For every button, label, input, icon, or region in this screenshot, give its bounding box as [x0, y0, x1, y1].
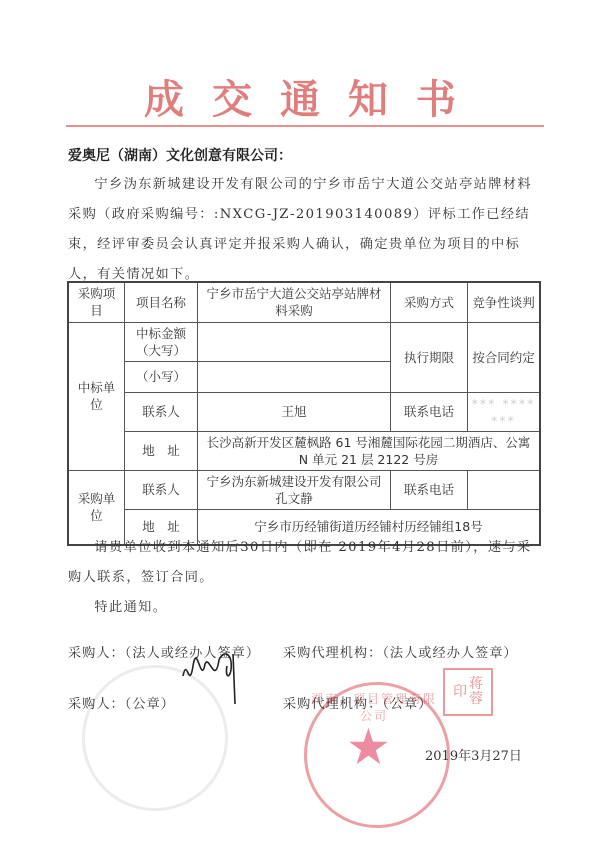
winner-address-value: 长沙高新开发区麓枫路 61 号湘麓国际花园二期酒店、公寓 N 单元 21 层 2… [198, 431, 541, 470]
document-title: 成交通知书 [0, 68, 600, 125]
table-row-winner-contact: 联系人 王旭 联系电话 *** **** *** [68, 392, 540, 431]
award-info-table: 采购项目 项目名称 宁乡市岳宁大道公交站亭站牌材料采购 采购方式 竞争性谈判 中… [67, 281, 541, 546]
issue-date: 2019年3月27日 [425, 745, 522, 764]
closing-section: 请贵单位收到本通知后30日内（即在 2019年4月28日前），速与采购人联系，签… [68, 533, 538, 623]
buyer-contact-value: 宁乡沩东新城建设开发有限公司 孔文静 [198, 470, 391, 509]
body-paragraph: 宁乡沩东新城建设开发有限公司的宁乡市岳宁大道公交站亭站牌材料采购（政府采购编号：… [68, 170, 538, 290]
contract-deadline-text: 请贵单位收到本通知后30日内（即在 2019年4月28日前），速与采购人联系，签… [68, 533, 538, 593]
winner-address-label: 地 址 [125, 431, 198, 470]
personal-name-seal: 印 蒋 蓉 [443, 668, 493, 716]
amount-lower-value [198, 361, 391, 392]
buyer-phone-value [468, 470, 541, 509]
seal-char-jiang: 蒋 [469, 677, 483, 692]
method-label: 采购方式 [391, 282, 468, 322]
period-value: 按合同约定 [468, 322, 541, 392]
table-row-amount-upper: 中标单位 中标金额（大写） 执行期限 按合同约定 [68, 322, 540, 361]
handwritten-signature-icon [175, 646, 245, 706]
recipient-line: 爱奥尼（湖南）文化创意有限公司： [68, 145, 292, 165]
winner-phone-label: 联系电话 [391, 392, 468, 431]
table-row-project: 采购项目 项目名称 宁乡市岳宁大道公交站亭站牌材料采购 采购方式 竞争性谈判 [68, 282, 540, 322]
notice-closing-text: 特此通知。 [68, 593, 538, 623]
table-row-winner-address: 地 址 长沙高新开发区麓枫路 61 号湘麓国际花园二期酒店、公寓 N 单元 21… [68, 431, 540, 470]
amount-upper-label: 中标金额（大写） [125, 322, 198, 361]
agency-seal-label: 采购代理机构：（公章） [283, 693, 432, 712]
buyer-contact-label: 联系人 [125, 470, 198, 509]
seal-char-yin: 印 [453, 685, 467, 700]
winner-contact-label: 联系人 [125, 392, 198, 431]
period-label: 执行期限 [391, 322, 468, 392]
amount-lower-label: （小写） [125, 361, 198, 392]
buyer-company-name: 宁乡沩东新城建设开发有限公司 [201, 473, 387, 490]
buyer-contact-person: 孔文静 [201, 490, 387, 507]
seal-char-rong: 蓉 [469, 692, 483, 707]
winner-contact-value: 王旭 [198, 392, 391, 431]
buyer-seal-label: 采购人：（公章） [68, 693, 175, 712]
project-group-label: 采购项目 [68, 282, 125, 322]
winner-phone-value: *** **** *** [468, 392, 541, 431]
title-divider [66, 125, 544, 127]
star-icon: ★ [346, 722, 391, 772]
project-name-label: 项目名称 [125, 282, 198, 322]
winner-group-label: 中标单位 [68, 322, 125, 470]
agency-signature-label: 采购代理机构：（法人或经办人签章） [283, 642, 518, 661]
buyer-phone-label: 联系电话 [391, 470, 468, 509]
amount-upper-value [198, 322, 391, 361]
table-row-buyer-contact: 采购单位 联系人 宁乡沩东新城建设开发有限公司 孔文静 联系电话 [68, 470, 540, 509]
method-value: 竞争性谈判 [468, 282, 541, 322]
project-name-value: 宁乡市岳宁大道公交站亭站牌材料采购 [198, 282, 391, 322]
